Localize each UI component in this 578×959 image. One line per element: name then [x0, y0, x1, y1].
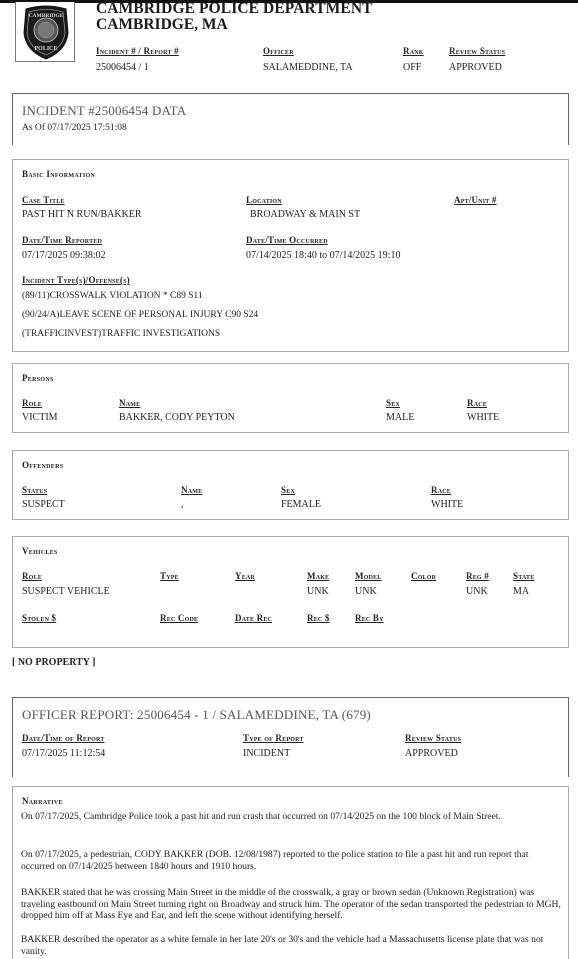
offense-item: (90/24/A)LEAVE SCENE OF PERSONAL INJURY … — [22, 310, 258, 320]
report-type-label: Type of Report — [243, 733, 304, 743]
department-name: CAMBRIDGE POLICE DEPARTMENT — [96, 0, 373, 17]
vehicle-make: UNK — [307, 586, 329, 597]
vehicles-col-stolen: Stolen $ — [22, 613, 56, 623]
svg-text:CAMBRIDGE: CAMBRIDGE — [29, 13, 64, 19]
persons-col-race: Race — [467, 398, 487, 408]
person-race: WHITE — [467, 412, 499, 423]
persons-col-sex: Sex — [386, 398, 400, 408]
report-datetime-label: Date/Time of Report — [22, 733, 104, 743]
officer-report-section: OFFICER REPORT: 25006454 - 1 / SALAMEDDI… — [12, 697, 569, 777]
department-logo: CAMBRIDGE POLICE — [15, 2, 75, 62]
vehicle-role: SUSPECT VEHICLE — [22, 586, 110, 597]
vehicles-section: Vehicles Role Type Year Make Model Color… — [12, 536, 569, 648]
svg-text:POLICE: POLICE — [34, 46, 57, 52]
narrative-paragraph: On 07/17/2025, a pedestrian, CODY BAKKER… — [21, 849, 561, 872]
case-title-value: PAST HIT N RUN/BAKKER — [22, 209, 142, 220]
vehicles-col-year: Year — [235, 571, 255, 581]
narrative-paragraph: On 07/17/2025, Cambridge Police took a p… — [21, 811, 561, 823]
offender-race: WHITE — [431, 499, 463, 510]
narrative-title: Narrative — [22, 796, 63, 806]
narrative-paragraph: BAKKER described the operator as a white… — [21, 934, 561, 957]
review-status-value: APPROVED — [449, 62, 502, 73]
vehicle-state: MA — [513, 586, 529, 597]
vehicle-model: UNK — [355, 586, 377, 597]
rank-value: OFF — [403, 62, 421, 73]
vehicles-col-rec-by: Rec By — [355, 613, 384, 623]
report-review-value: APPROVED — [405, 748, 458, 759]
vehicles-title: Vehicles — [22, 546, 58, 556]
vehicle-reg: UNK — [466, 586, 488, 597]
department-city: CAMBRIDGE, MA — [96, 16, 228, 33]
offenders-col-name: Name — [181, 485, 202, 495]
officer-value: SALAMEDDINE, TA — [263, 62, 353, 73]
apt-unit-label: Apt/Unit # — [454, 195, 497, 205]
case-title-label: Case Title — [22, 195, 65, 205]
vehicles-col-date-rec: Date Rec — [235, 613, 272, 623]
incident-data-section: INCIDENT #25006454 DATA As Of 07/17/2025… — [12, 93, 569, 145]
date-reported-value: 07/17/2025 09:38:02 — [22, 250, 106, 261]
as-of-timestamp: As Of 07/17/2025 17:51:08 — [22, 123, 127, 133]
offense-item: (TRAFFICINVEST)TRAFFIC INVESTIGATIONS — [22, 329, 220, 339]
person-role: VICTIM — [22, 412, 58, 423]
offender-sex: FEMALE — [281, 499, 321, 510]
offender-status: SUSPECT — [22, 499, 65, 510]
date-occurred-value: 07/14/2025 18:40 to 07/14/2025 19:10 — [246, 250, 400, 261]
person-sex: MALE — [386, 412, 414, 423]
offenders-col-status: Status — [22, 485, 47, 495]
offenders-title: Offenders — [22, 460, 63, 470]
report-review-label: Review Status — [405, 733, 461, 743]
basic-information-section: Basic Information Case Title PAST HIT N … — [12, 159, 569, 352]
date-occurred-label: Date/Time Occurred — [246, 235, 328, 245]
vehicles-col-make: Make — [307, 571, 329, 581]
vehicles-col-rec-code: Rec Code — [160, 613, 198, 623]
persons-title: Persons — [22, 373, 54, 383]
vehicles-col-model: Model — [355, 571, 382, 581]
persons-col-role: Role — [22, 398, 42, 408]
offense-item: (89/11)CROSSWALK VIOLATION * C89 S11 — [22, 291, 203, 301]
incident-report-label: Incident # / Report # — [96, 46, 179, 56]
offender-name: , — [181, 499, 184, 510]
offenders-section: Offenders Status Name Sex Race SUSPECT ,… — [12, 450, 569, 520]
officer-label: Officer — [263, 46, 294, 56]
vehicles-col-color: Color — [411, 571, 436, 581]
vehicles-col-state: State — [513, 571, 534, 581]
police-badge-icon: CAMBRIDGE POLICE — [22, 3, 70, 61]
no-property-note: [ NO PROPERTY ] — [12, 657, 95, 668]
report-datetime-value: 07/17/2025 11:12:54 — [22, 748, 105, 759]
rank-label: Rank — [403, 46, 424, 56]
incident-data-title: INCIDENT #25006454 DATA — [22, 103, 186, 119]
offenses-label: Incident Type(s)/Offense(s) — [22, 275, 130, 285]
incident-report-value: 25006454 / 1 — [96, 62, 149, 73]
narrative-paragraph: BAKKER stated that he was crossing Main … — [21, 887, 561, 922]
offenders-col-race: Race — [431, 485, 451, 495]
review-status-label: Review Status — [449, 46, 505, 56]
officer-report-title: OFFICER REPORT: 25006454 - 1 / SALAMEDDI… — [22, 707, 371, 723]
persons-col-name: Name — [119, 398, 140, 408]
vehicles-col-reg: Reg # — [466, 571, 489, 581]
location-label: Location — [246, 195, 282, 205]
vehicles-col-type: Type — [160, 571, 179, 581]
vehicles-col-rec-amount: Rec $ — [307, 613, 330, 623]
report-type-value: INCIDENT — [243, 748, 290, 759]
offenders-col-sex: Sex — [281, 485, 295, 495]
person-name: BAKKER, CODY PEYTON — [119, 412, 235, 423]
basic-information-title: Basic Information — [22, 169, 95, 179]
vehicles-col-role: Role — [22, 571, 42, 581]
location-value: BROADWAY & MAIN ST — [250, 209, 360, 220]
persons-section: Persons Role Name Sex Race VICTIM BAKKER… — [12, 363, 569, 433]
date-reported-label: Date/Time Reported — [22, 235, 102, 245]
